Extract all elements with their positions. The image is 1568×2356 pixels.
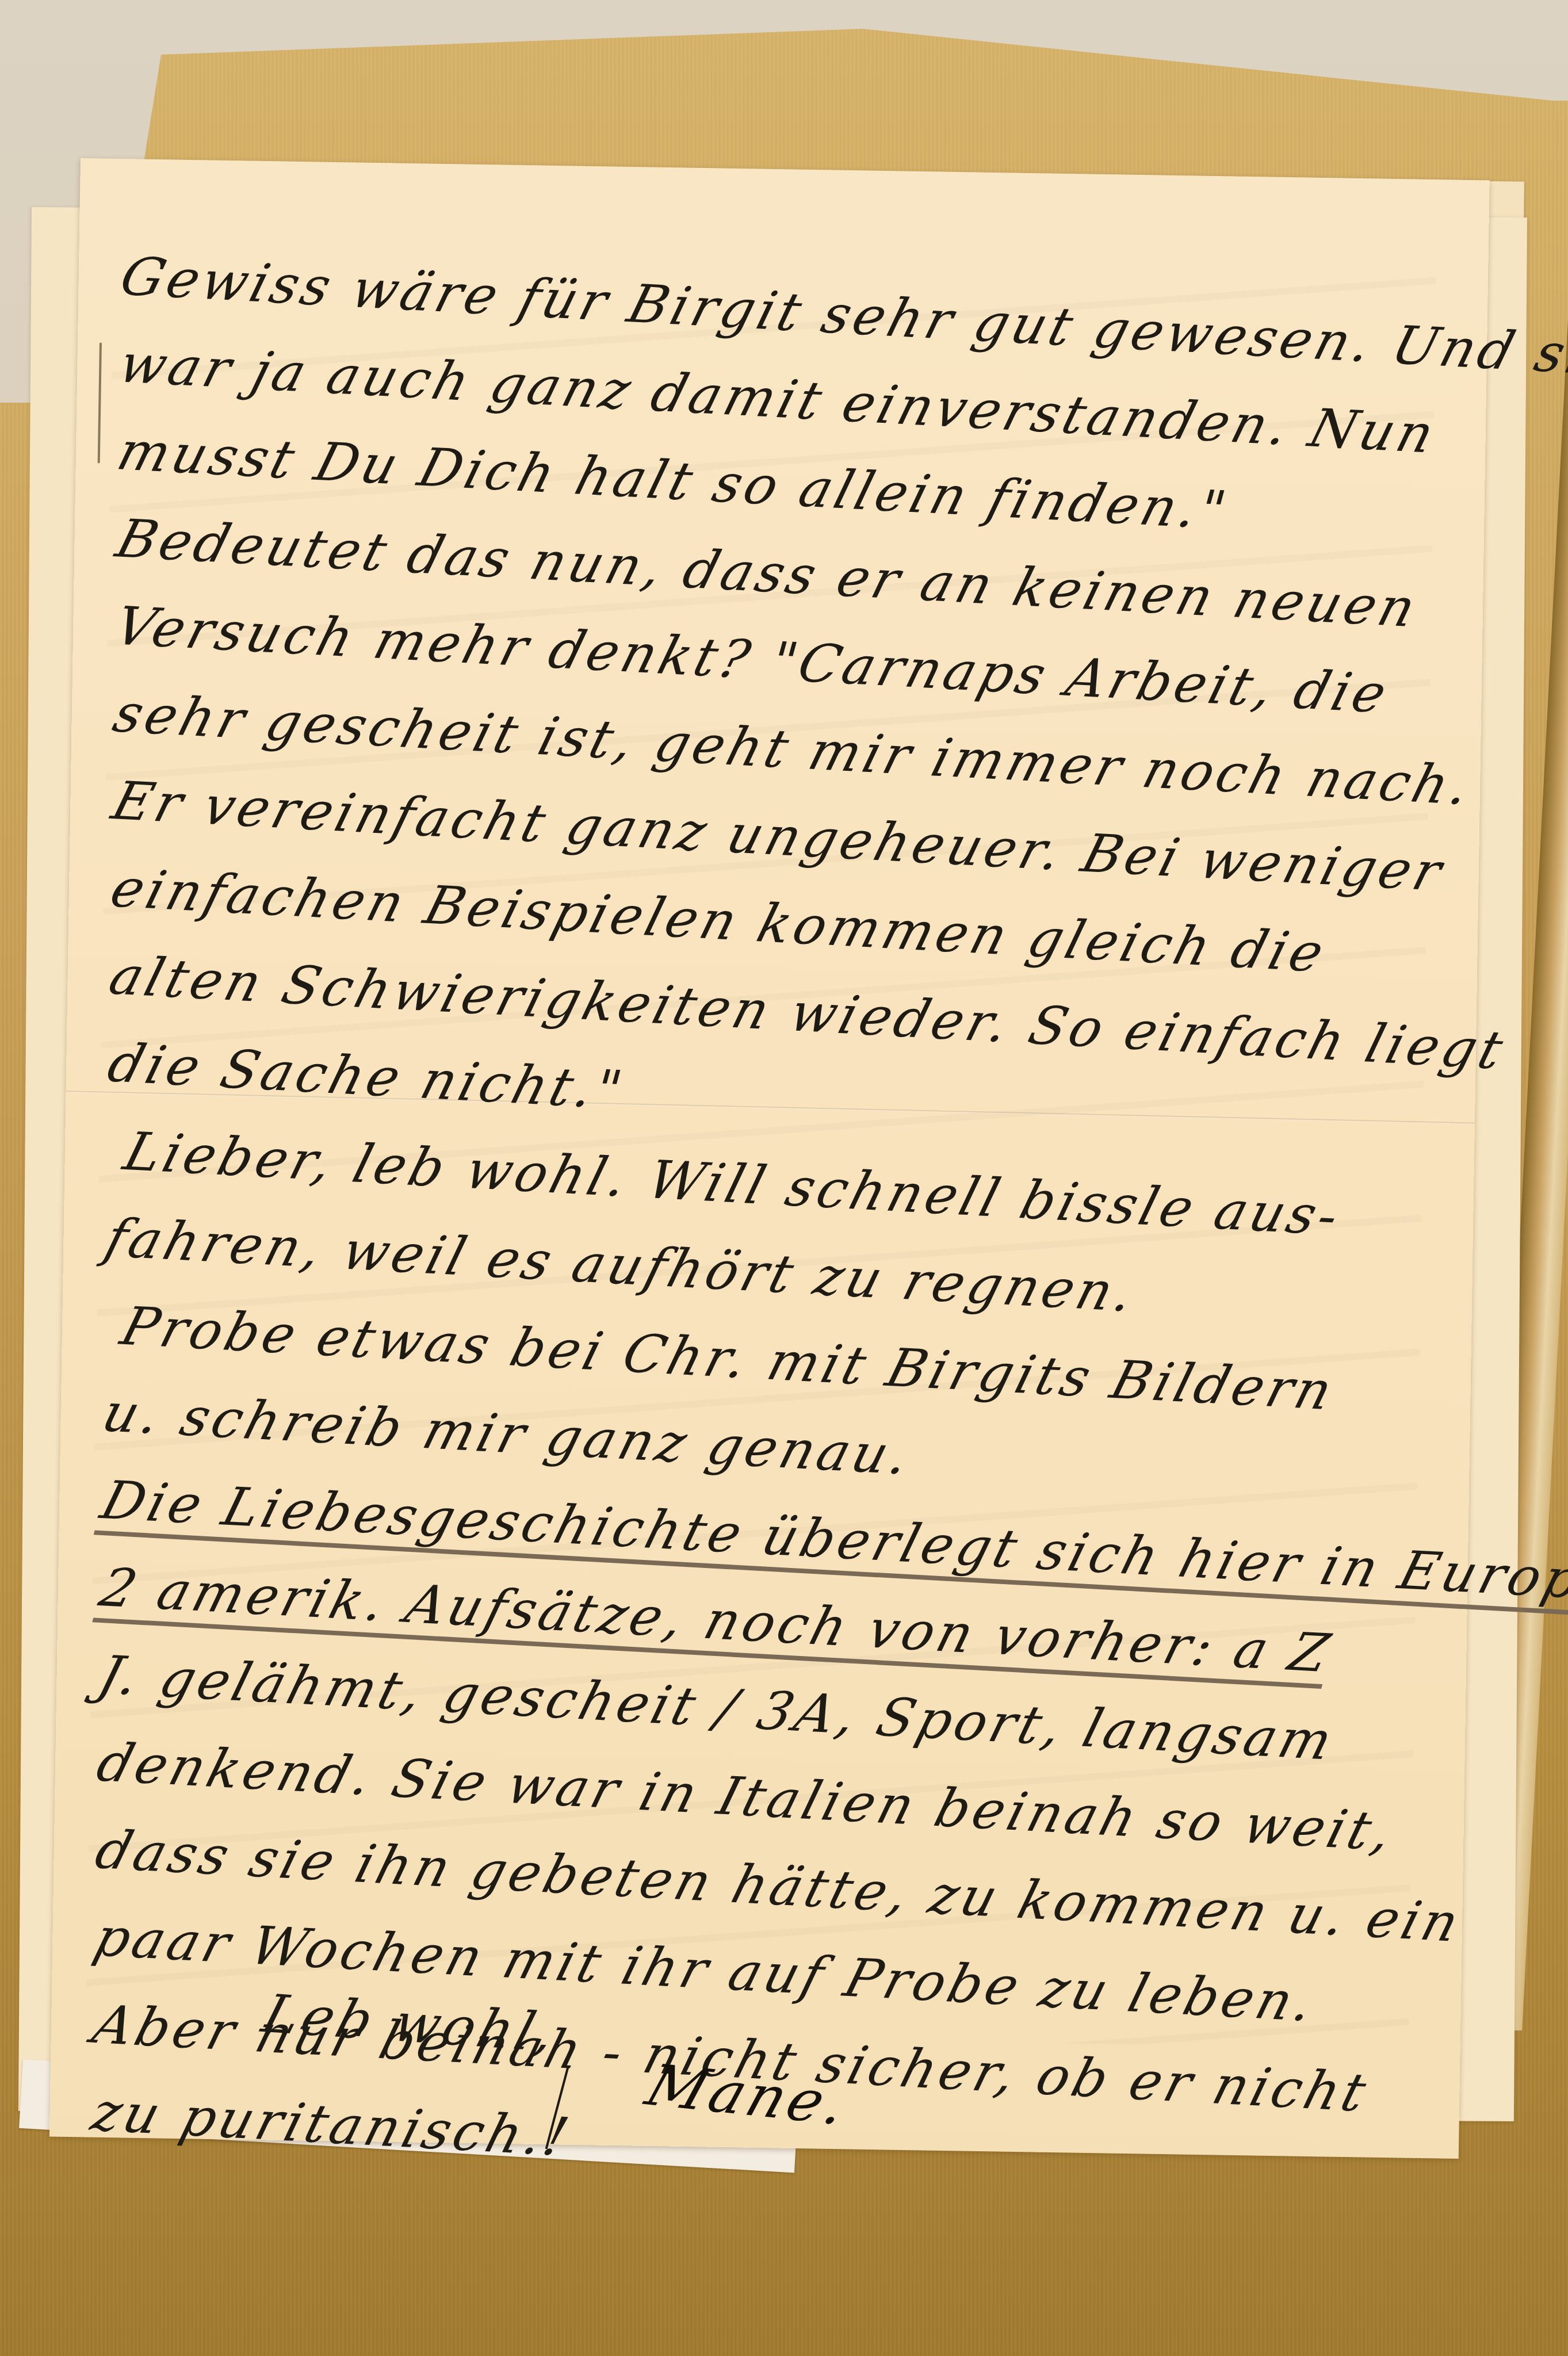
- letter-page: Gewiss wäre für Birgit sehr gut gewesen.…: [49, 158, 1490, 2159]
- margin-mark: [98, 343, 102, 464]
- letter-body: Gewiss wäre für Birgit sehr gut gewesen.…: [89, 245, 1442, 2189]
